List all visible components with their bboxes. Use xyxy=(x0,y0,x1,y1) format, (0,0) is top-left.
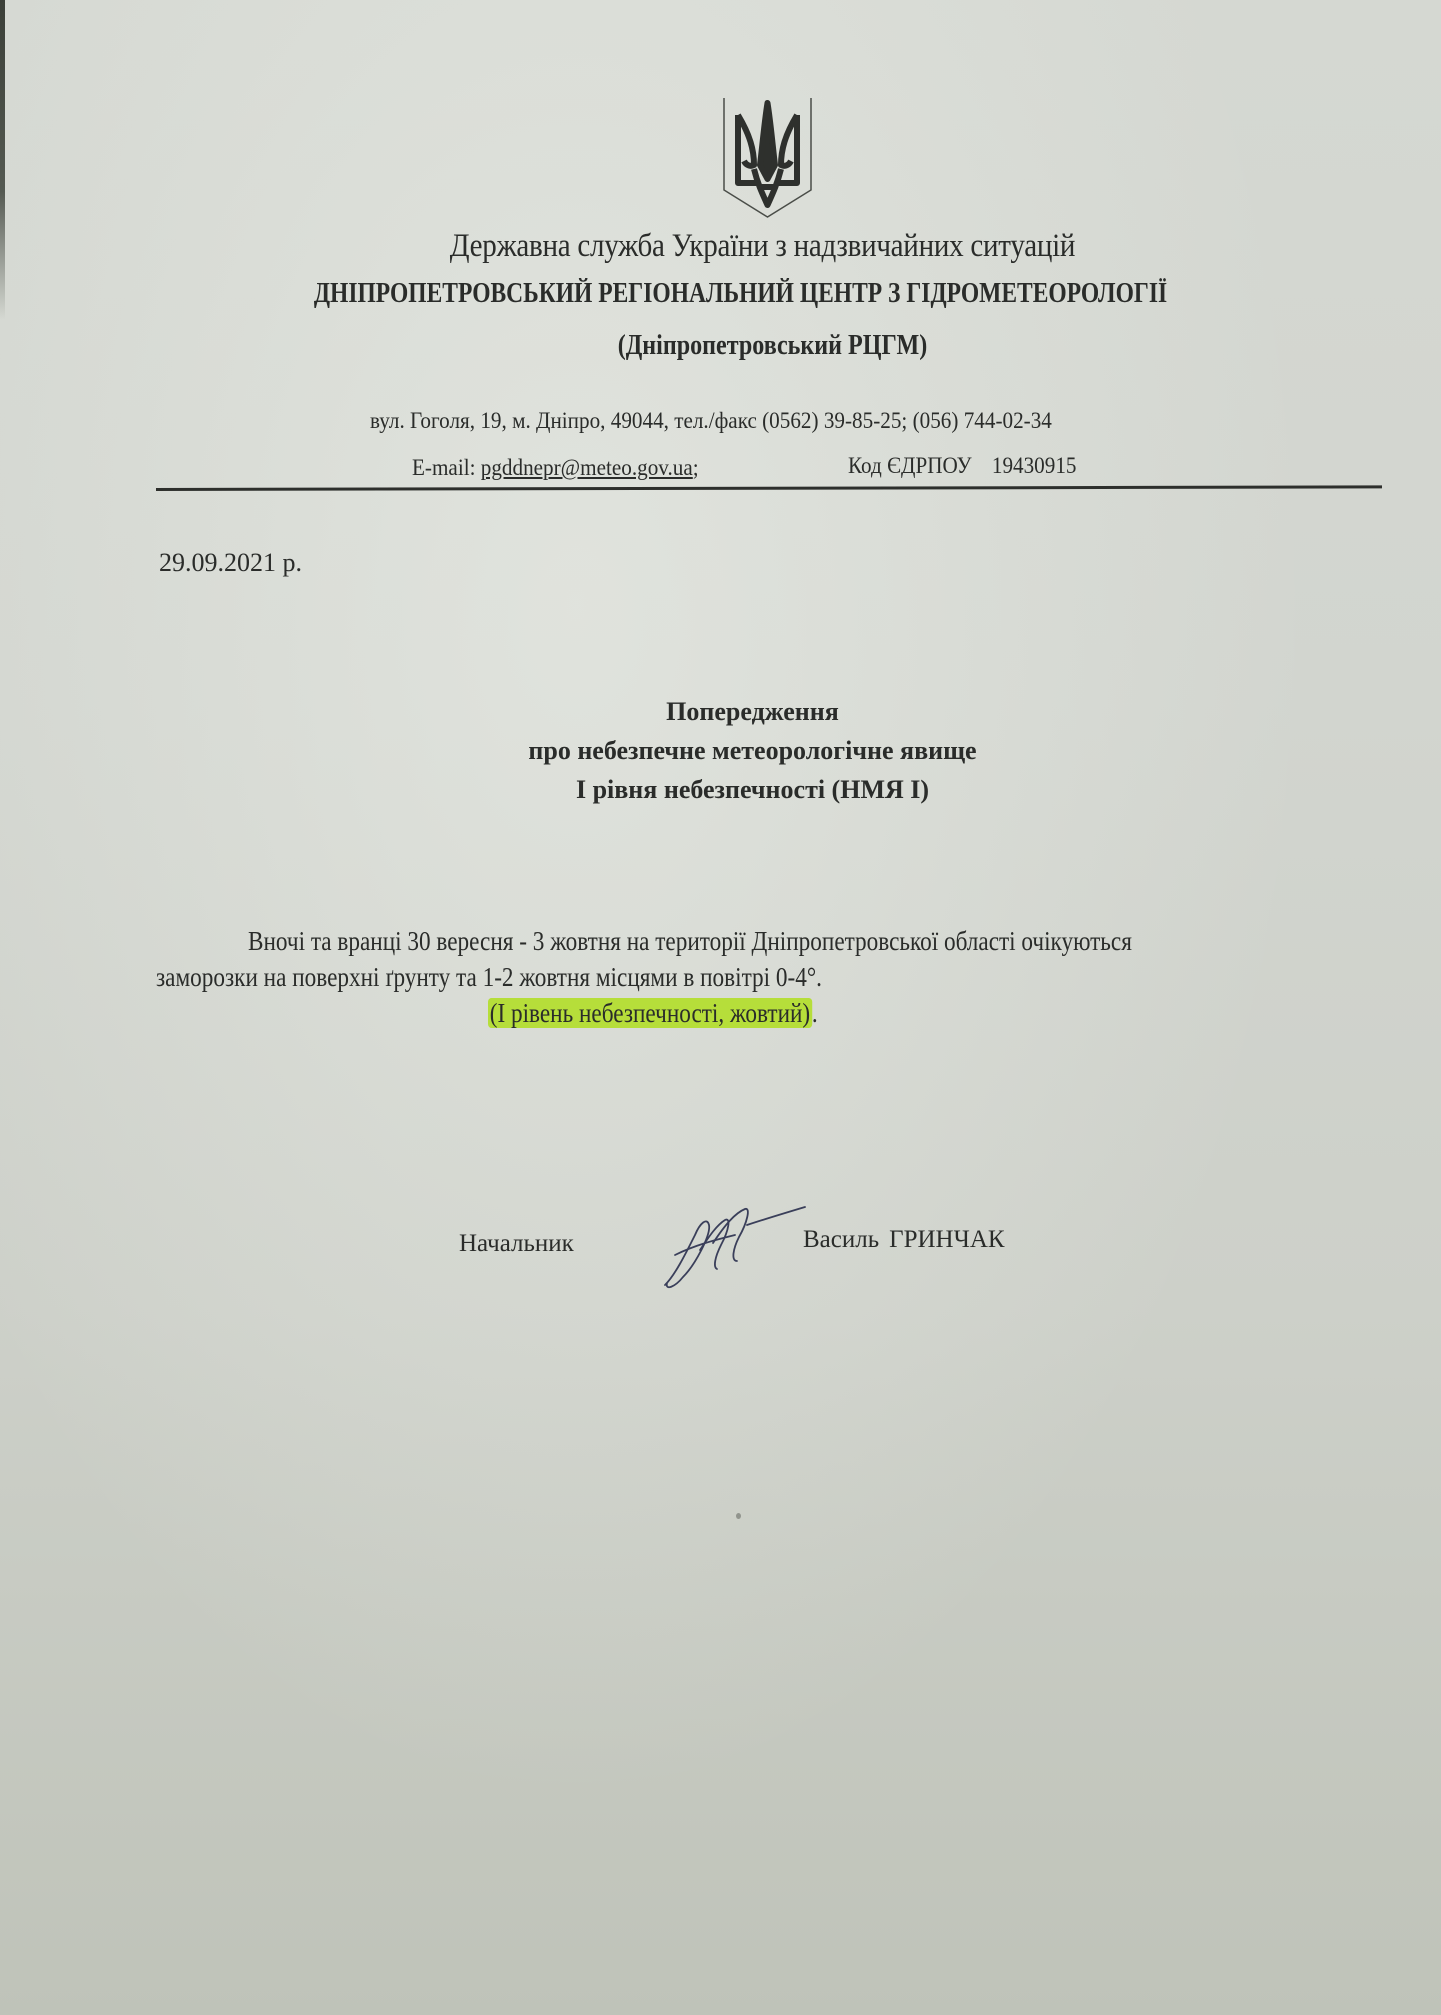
paper-edge-shadow xyxy=(0,0,5,320)
edrpou-code: 19430915 xyxy=(992,453,1077,478)
signatory-first-name: Василь xyxy=(803,1226,879,1253)
hazard-level-suffix: . xyxy=(812,998,818,1028)
center-name: ДНІПРОПЕТРОВСЬКИЙ РЕГІОНАЛЬНИЙ ЦЕНТР З Г… xyxy=(135,278,1345,310)
address-line: вул. Гоголя, 19, м. Дніпро, 49044, тел./… xyxy=(370,408,1052,434)
signatory-position: Начальник xyxy=(459,1230,574,1258)
signatory-name: ВасильГРИНЧАК xyxy=(803,1226,1005,1254)
scanned-document-page: Державна служба України з надзвичайних с… xyxy=(0,0,1441,2015)
agency-name: Державна служба України з надзвичайних с… xyxy=(128,228,1396,265)
body-text-line-1: Вночі та вранці 30 вересня - 3 жовтня на… xyxy=(248,926,1132,957)
trident-coat-of-arms-icon xyxy=(720,95,815,220)
email-link[interactable]: pgddnepr@meteo.gov.ua xyxy=(481,455,693,480)
email-suffix: ; xyxy=(693,455,699,480)
signatory-surname: ГРИНЧАК xyxy=(889,1226,1004,1253)
center-short-name: (Дніпропетровський РЦГМ) xyxy=(153,330,1392,362)
document-title: Попередження xyxy=(32,697,1441,727)
email-line: E-mail: pgddnepr@meteo.gov.ua; xyxy=(412,455,699,481)
paper-speck xyxy=(736,1513,741,1519)
body-text-line-2: заморозки на поверхні ґрунту та 1-2 жовт… xyxy=(156,962,822,993)
edrpou-line: Код ЄДРПОУ19430915 xyxy=(848,453,1077,479)
edrpou-label: Код ЄДРПОУ xyxy=(848,453,972,478)
email-label: E-mail: xyxy=(412,455,481,480)
document-date: 29.09.2021 р. xyxy=(159,548,302,578)
hazard-level-highlight: (І рівень небезпечності, жовтий) xyxy=(488,998,812,1028)
header-divider xyxy=(156,485,1382,491)
document-subtitle-2: І рівня небезпечності (НМЯ І) xyxy=(32,775,1441,805)
document-subtitle-1: про небезпечне метеорологічне явище xyxy=(32,736,1441,766)
hazard-level-line: (І рівень небезпечності, жовтий). xyxy=(488,998,818,1029)
